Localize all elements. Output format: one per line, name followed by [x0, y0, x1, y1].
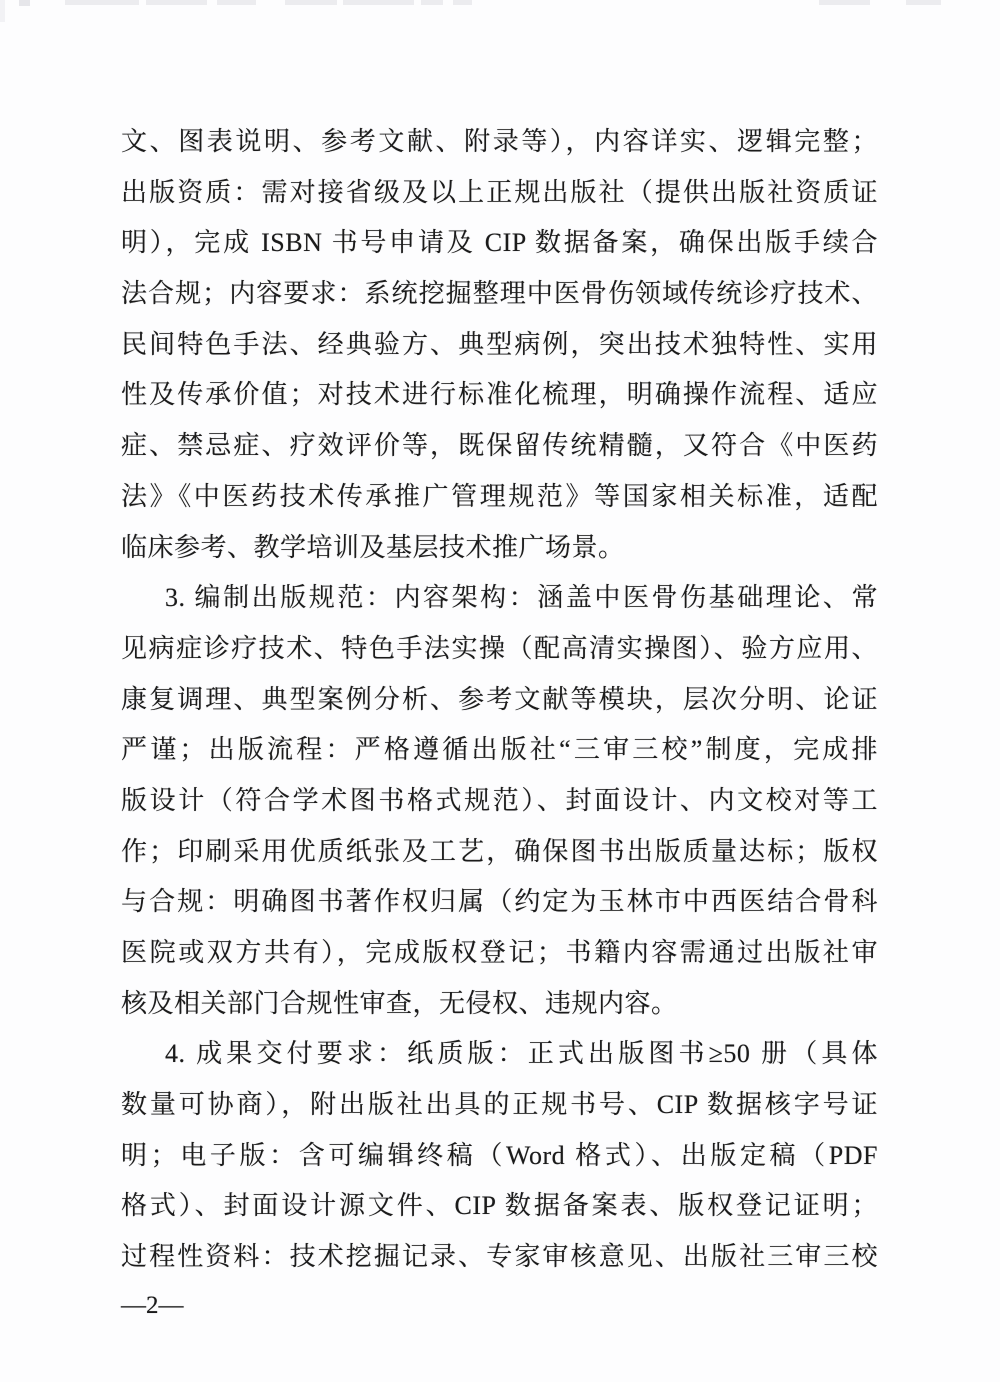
text-line: 出版资质：需对接省级及以上正规出版社（提供出版社资质证 [121, 168, 878, 219]
text-line: 4. 成果交付要求：纸质版：正式出版图书≥50 册（具体 [121, 1029, 878, 1080]
text-line: 医院或双方共有），完成版权登记；书籍内容需通过出版社审 [121, 928, 878, 979]
text-line: 文、图表说明、参考文献、附录等），内容详实、逻辑完整； [121, 117, 878, 168]
scan-artifact [0, 0, 5, 22]
text-line: 民间特色手法、经典验方、典型病例，突出技术独特性、实用 [121, 320, 878, 371]
scan-artifact [819, 0, 870, 5]
scan-artifact [217, 0, 256, 5]
text-line: 法合规；内容要求：系统挖掘整理中医骨伤领域传统诊疗技术、 [121, 269, 878, 320]
text-line: 症、禁忌症、疗效评价等，既保留传统精髓，又符合《中医药 [121, 421, 878, 472]
document-body: 文、图表说明、参考文献、附录等），内容详实、逻辑完整；出版资质：需对接省级及以上… [121, 117, 878, 1283]
text-line: 明），完成 ISBN 书号申请及 CIP 数据备案，确保出版手续合 [121, 218, 878, 269]
document-page: 文、图表说明、参考文献、附录等），内容详实、逻辑完整；出版资质：需对接省级及以上… [0, 0, 1000, 1382]
text-line: 明；电子版：含可编辑终稿（Word 格式）、出版定稿（PDF [121, 1131, 878, 1182]
scan-artifact [343, 0, 414, 5]
text-line: 法》《中医药技术传承推广管理规范》等国家相关标准，适配 [121, 472, 878, 523]
scan-artifact [146, 0, 207, 5]
text-line: 格式）、封面设计源文件、CIP 数据备案表、版权登记证明； [121, 1181, 878, 1232]
scan-artifact [65, 0, 139, 5]
scan-artifact [421, 0, 443, 5]
text-line: 3. 编制出版规范：内容架构：涵盖中医骨伤基础理论、常 [121, 573, 878, 624]
text-line: 与合规：明确图书著作权归属（约定为玉林市中西医结合骨科 [121, 877, 878, 928]
scan-artifact [285, 0, 337, 5]
text-line: 性及传承价值；对技术进行标准化梳理，明确操作流程、适应 [121, 370, 878, 421]
text-line: 康复调理、典型案例分析、参考文献等模块，层次分明、论证 [121, 675, 878, 726]
scan-artifact [453, 0, 472, 5]
text-line: 严谨；出版流程：严格遵循出版社“三审三校”制度，完成排 [121, 725, 878, 776]
scan-artifact [906, 0, 941, 5]
page-number: —2— [121, 1291, 184, 1321]
text-line: 见病症诊疗技术、特色手法实操（配高清实操图）、验方应用、 [121, 624, 878, 675]
text-line: 版设计（符合学术图书格式规范）、封面设计、内文校对等工 [121, 776, 878, 827]
text-line: 作；印刷采用优质纸张及工艺，确保图书出版质量达标；版权 [121, 827, 878, 878]
scan-artifact [19, 0, 30, 6]
text-line: 数量可协商），附出版社出具的正规书号、CIP 数据核字号证 [121, 1080, 878, 1131]
text-line: 过程性资料：技术挖掘记录、专家审核意见、出版社三审三校 [121, 1232, 878, 1283]
text-line: 临床参考、教学培训及基层技术推广场景。 [121, 523, 878, 574]
text-line: 核及相关部门合规性审查，无侵权、违规内容。 [121, 979, 878, 1030]
